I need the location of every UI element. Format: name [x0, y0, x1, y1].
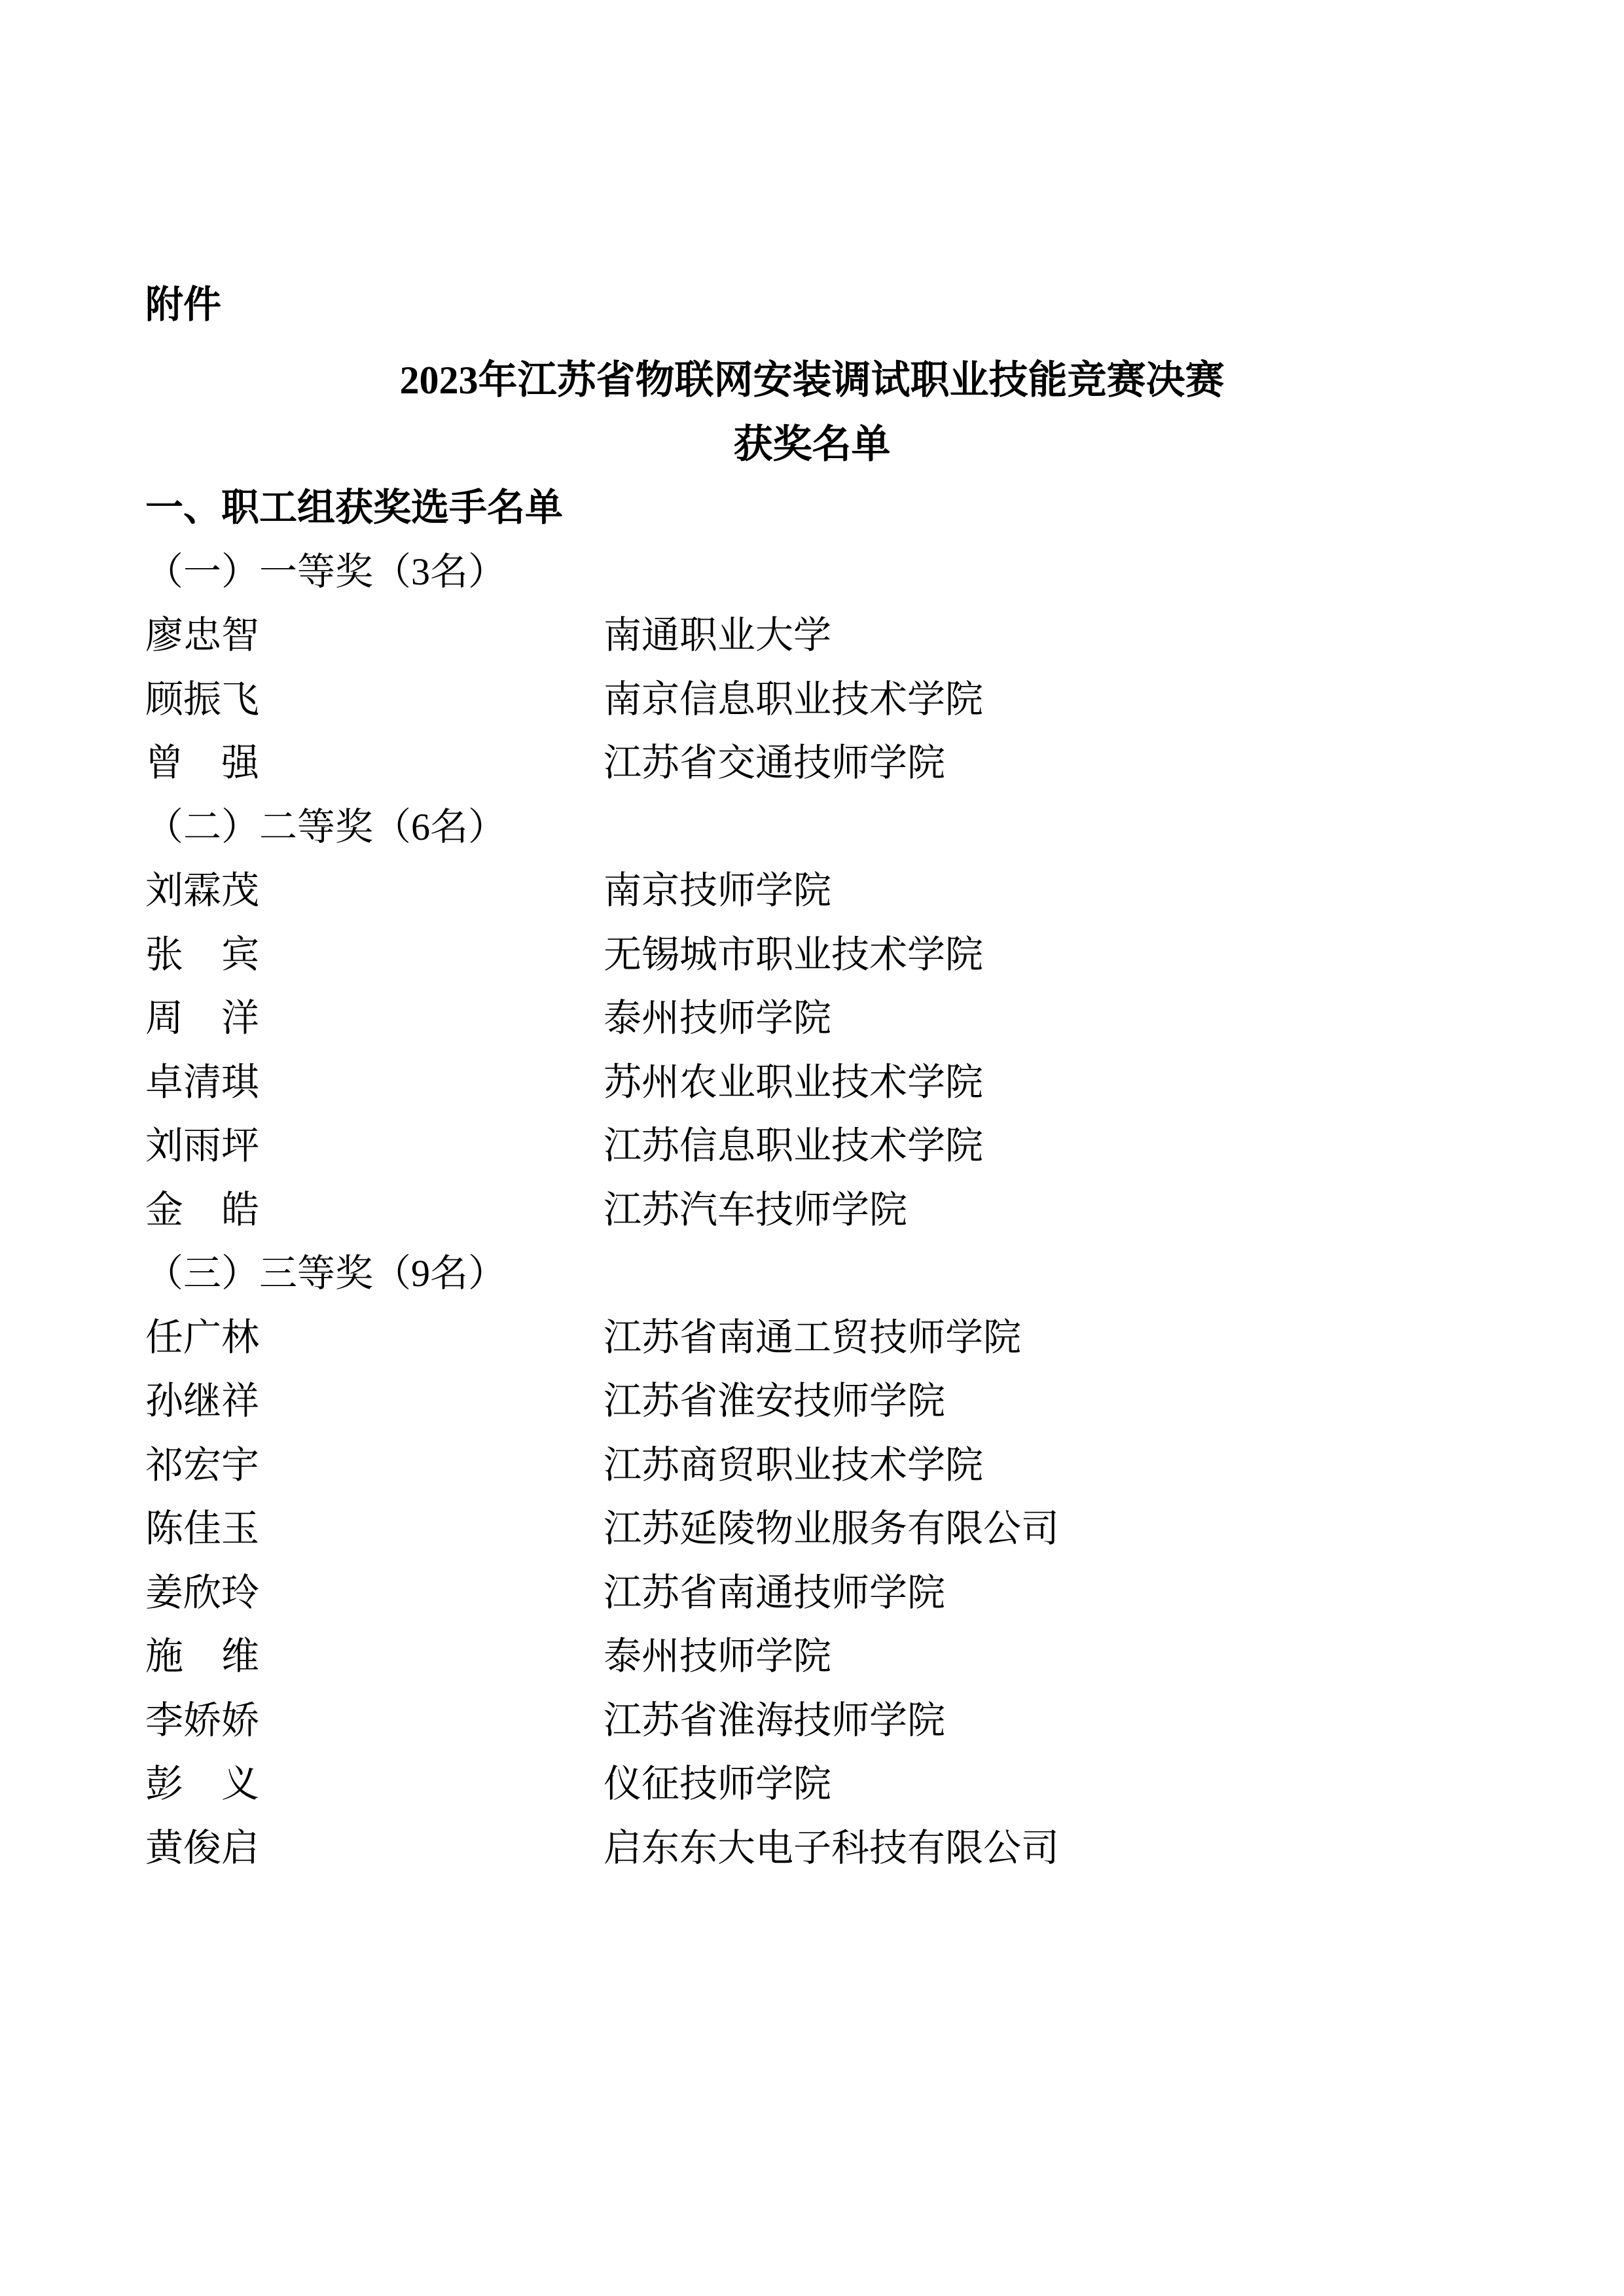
winner-row: 周 洋泰州技师学院: [145, 987, 1479, 1051]
winner-name: 孙继祥: [145, 1382, 604, 1420]
winner-organization: 江苏汽车技师学院: [604, 1191, 907, 1229]
winner-organization: 江苏省南通工贸技师学院: [604, 1319, 1021, 1357]
winner-organization: 江苏省南通技师学院: [604, 1574, 945, 1612]
winner-row: 李娇娇江苏省淮海技师学院: [145, 1689, 1479, 1753]
winner-organization: 江苏省淮海技师学院: [604, 1702, 945, 1740]
winner-name: 施 维: [145, 1638, 604, 1676]
award-tier-heading-text: （二）二等奖（6名）: [145, 808, 506, 846]
attachment-label: 附件: [145, 273, 1479, 337]
winner-row: 卓清琪苏州农业职业技术学院: [145, 1050, 1479, 1115]
winner-organization: 仪征技师学院: [604, 1765, 831, 1803]
winner-organization: 江苏省交通技师学院: [604, 744, 945, 782]
winner-name: 李娇娇: [145, 1702, 604, 1740]
winner-name: 刘霖茂: [145, 872, 604, 910]
winner-organization: 南京信息职业技术学院: [604, 681, 983, 719]
winner-organization: 启东东大电子科技有限公司: [604, 1829, 1059, 1867]
winner-name: 金 皓: [145, 1191, 604, 1229]
section-heading-worker-group: 一、职工组获奖选手名单: [145, 476, 1479, 541]
winner-organization: 苏州农业职业技术学院: [604, 1064, 983, 1102]
winner-row: 廖忠智南通职业大学: [145, 604, 1479, 668]
winner-name: 黄俊启: [145, 1829, 604, 1867]
award-tier-heading: （一）一等奖（3名）: [145, 540, 1479, 604]
winner-organization: 江苏省淮安技师学院: [604, 1382, 945, 1420]
winner-row: 姜欣玲江苏省南通技师学院: [145, 1561, 1479, 1625]
winner-row: 彭 义仪征技师学院: [145, 1753, 1479, 1817]
award-tier-heading: （二）二等奖（6名）: [145, 795, 1479, 859]
award-tier-heading-text: （三）三等奖（9名）: [145, 1255, 506, 1293]
winner-row: 刘霖茂南京技师学院: [145, 859, 1479, 924]
winner-organization: 江苏商贸职业技术学院: [604, 1446, 983, 1484]
winner-organization: 南通职业大学: [604, 617, 831, 655]
winner-organization: 无锡城市职业技术学院: [604, 936, 983, 974]
winner-name: 顾振飞: [145, 681, 604, 719]
winner-name: 姜欣玲: [145, 1574, 604, 1612]
winner-name: 陈佳玉: [145, 1510, 604, 1548]
document-content: 附件 2023年江苏省物联网安装调试职业技能竞赛决赛 获奖名单 一、职工组获奖选…: [0, 0, 1624, 1880]
winner-row: 顾振飞南京信息职业技术学院: [145, 668, 1479, 732]
winner-row: 黄俊启启东东大电子科技有限公司: [145, 1816, 1479, 1880]
winner-row: 刘雨坪江苏信息职业技术学院: [145, 1115, 1479, 1179]
award-tier-heading: （三）三等奖（9名）: [145, 1242, 1479, 1306]
winner-name: 卓清琪: [145, 1064, 604, 1102]
winner-row: 任广林江苏省南通工贸技师学院: [145, 1306, 1479, 1370]
document-title-line1: 2023年江苏省物联网安装调试职业技能竞赛决赛: [145, 349, 1479, 413]
award-list: （一）一等奖（3名） 廖忠智南通职业大学 顾振飞南京信息职业技术学院 曾 强江苏…: [145, 540, 1479, 1880]
winner-name: 任广林: [145, 1319, 604, 1357]
winner-organization: 泰州技师学院: [604, 999, 831, 1037]
winner-name: 祁宏宇: [145, 1446, 604, 1484]
winner-organization: 江苏延陵物业服务有限公司: [604, 1510, 1059, 1548]
winner-row: 祁宏宇江苏商贸职业技术学院: [145, 1433, 1479, 1498]
winner-row: 张 宾无锡城市职业技术学院: [145, 923, 1479, 987]
winner-name: 曾 强: [145, 744, 604, 782]
winner-organization: 南京技师学院: [604, 872, 831, 910]
winner-name: 刘雨坪: [145, 1127, 604, 1165]
document-title-line2: 获奖名单: [145, 412, 1479, 476]
winner-row: 金 皓江苏汽车技师学院: [145, 1178, 1479, 1242]
winner-name: 张 宾: [145, 936, 604, 974]
winner-name: 周 洋: [145, 999, 604, 1037]
document-page: 附件 2023年江苏省物联网安装调试职业技能竞赛决赛 获奖名单 一、职工组获奖选…: [0, 0, 1624, 2296]
winner-name: 彭 义: [145, 1765, 604, 1803]
winner-row: 施 维泰州技师学院: [145, 1625, 1479, 1689]
winner-row: 曾 强江苏省交通技师学院: [145, 732, 1479, 796]
winner-row: 孙继祥江苏省淮安技师学院: [145, 1370, 1479, 1434]
winner-organization: 泰州技师学院: [604, 1638, 831, 1676]
winner-row: 陈佳玉江苏延陵物业服务有限公司: [145, 1498, 1479, 1562]
winner-name: 廖忠智: [145, 617, 604, 655]
award-tier-heading-text: （一）一等奖（3名）: [145, 553, 506, 591]
winner-organization: 江苏信息职业技术学院: [604, 1127, 983, 1165]
